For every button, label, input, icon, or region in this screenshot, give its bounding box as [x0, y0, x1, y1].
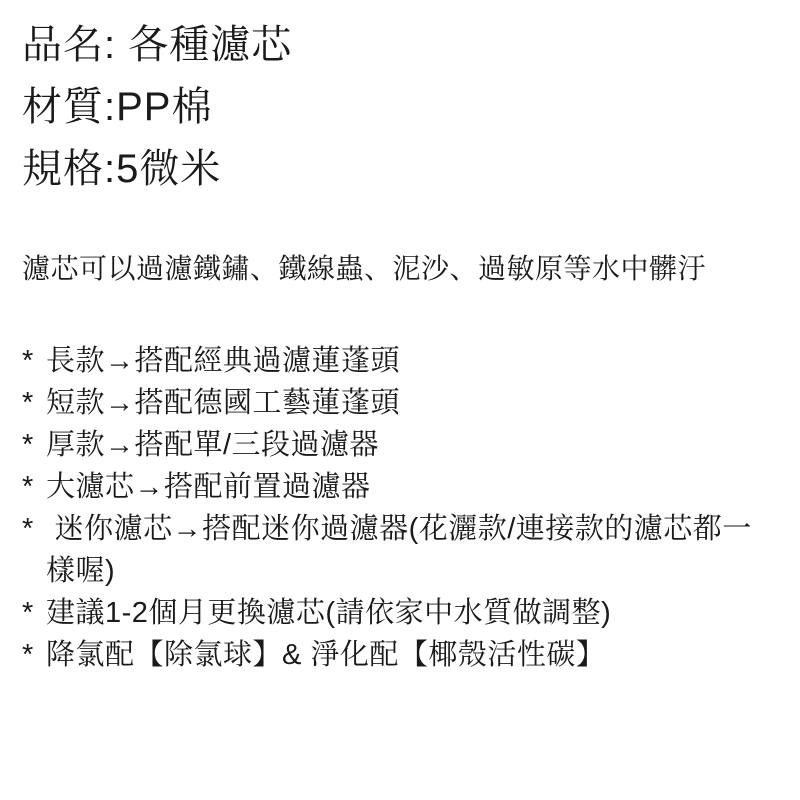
bullet-marker: * — [22, 340, 46, 382]
product-header: 品名: 各種濾芯 材質:PP棉 規格:5微米 — [22, 14, 780, 200]
list-item-pairing-advice: * 降氯配【除氯球】& 淨化配【椰殼活性碳】 — [22, 634, 780, 676]
product-notes-list: * 長款→搭配經典過濾蓮蓬頭 * 短款→搭配德國工藝蓮蓬頭 * 厚款→搭配單/三… — [22, 340, 780, 676]
list-item-mini-filter: * 迷你濾芯→搭配迷你過濾器(花灑款/連接款的濾芯都一樣喔) — [22, 508, 780, 592]
list-item-text: 建議1-2個月更換濾芯(請依家中水質做調整) — [46, 592, 780, 634]
list-item-text: 長款→搭配經典過濾蓮蓬頭 — [46, 340, 780, 382]
bullet-marker: * — [22, 634, 46, 676]
list-item-thick-type: * 厚款→搭配單/三段過濾器 — [22, 424, 780, 466]
product-material-line: 材質:PP棉 — [22, 76, 780, 138]
bullet-marker: * — [22, 592, 46, 634]
product-name-line: 品名: 各種濾芯 — [22, 14, 780, 76]
list-item-text: 短款→搭配德國工藝蓮蓬頭 — [46, 382, 780, 424]
list-item-long-type: * 長款→搭配經典過濾蓮蓬頭 — [22, 340, 780, 382]
list-item-text: 大濾芯→搭配前置過濾器 — [46, 466, 780, 508]
list-item-text: 迷你濾芯→搭配迷你過濾器(花灑款/連接款的濾芯都一樣喔) — [46, 508, 780, 592]
list-item-short-type: * 短款→搭配德國工藝蓮蓬頭 — [22, 382, 780, 424]
list-item-text: 厚款→搭配單/三段過濾器 — [46, 424, 780, 466]
bullet-marker: * — [22, 424, 46, 466]
product-spec-line: 規格:5微米 — [22, 138, 780, 200]
filter-function-description: 濾芯可以過濾鐵鏽、鐵線蟲、泥沙、過敏原等水中髒汙 — [22, 252, 780, 286]
bullet-marker: * — [22, 508, 46, 550]
product-description-page: 品名: 各種濾芯 材質:PP棉 規格:5微米 濾芯可以過濾鐵鏽、鐵線蟲、泥沙、過… — [0, 0, 800, 800]
list-item-large-filter: * 大濾芯→搭配前置過濾器 — [22, 466, 780, 508]
bullet-marker: * — [22, 466, 46, 508]
list-item-text: 降氯配【除氯球】& 淨化配【椰殼活性碳】 — [46, 634, 780, 676]
list-item-replacement-advice: * 建議1-2個月更換濾芯(請依家中水質做調整) — [22, 592, 780, 634]
bullet-marker: * — [22, 382, 46, 424]
